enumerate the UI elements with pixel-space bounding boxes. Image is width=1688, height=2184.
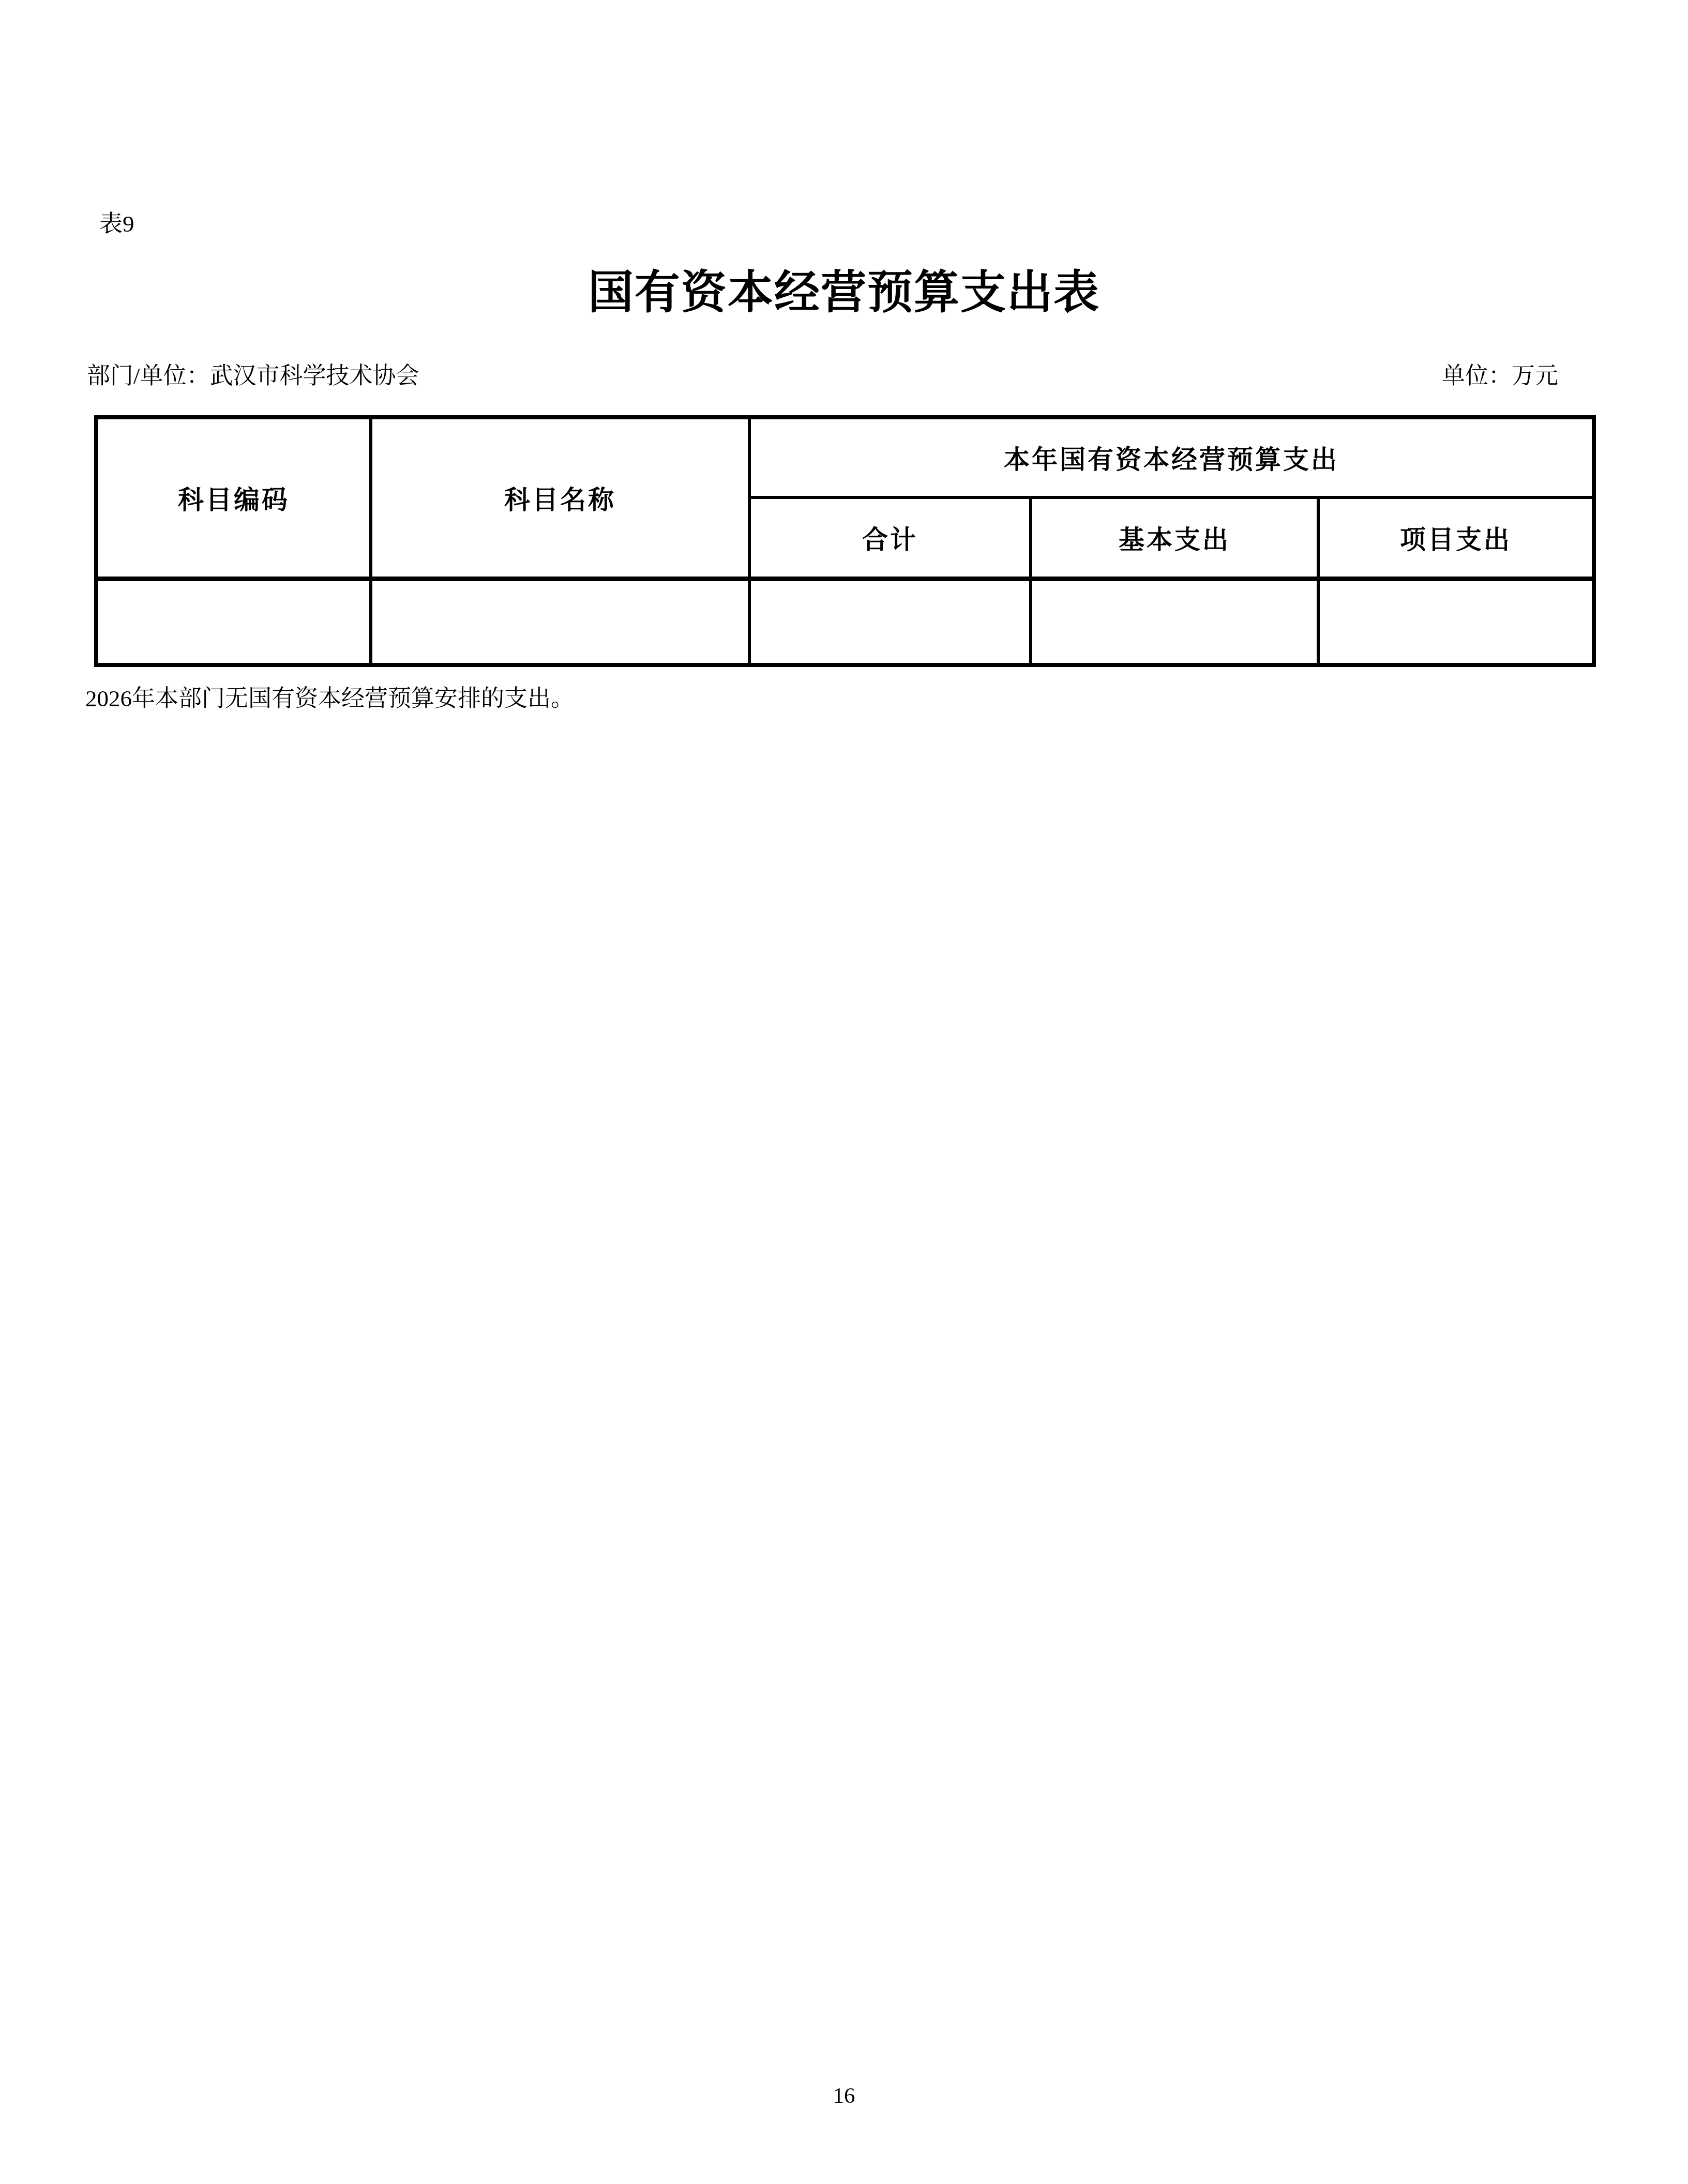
cell-project-expenditure	[1318, 579, 1594, 665]
budget-expenditure-table: 科目编码 科目名称 本年国有资本经营预算支出 合计 基本支出 项目支出	[94, 415, 1596, 667]
header-subject-name: 科目名称	[371, 417, 749, 579]
meta-row: 部门/单位：武汉市科学技术协会 单位：万元	[87, 361, 1592, 391]
currency-unit-label: 单位：万元	[1442, 361, 1592, 391]
header-current-year-group: 本年国有资本经营预算支出	[749, 417, 1594, 497]
header-subject-code: 科目编码	[96, 417, 371, 579]
table-row	[96, 579, 1594, 665]
header-total: 合计	[749, 497, 1031, 579]
document-page: 表9 国有资本经营预算支出表 部门/单位：武汉市科学技术协会 单位：万元 科目编…	[0, 0, 1688, 2184]
page-number: 16	[0, 2083, 1688, 2110]
cell-subject-name	[371, 579, 749, 665]
header-project-expenditure: 项目支出	[1318, 497, 1594, 579]
no-expenditure-note: 2026年本部门无国有资本经营预算安排的支出。	[85, 684, 574, 714]
cell-subject-code	[96, 579, 371, 665]
cell-total	[749, 579, 1031, 665]
department-unit-label: 部门/单位：武汉市科学技术协会	[87, 361, 419, 391]
cell-basic-expenditure	[1031, 579, 1318, 665]
table-number-label: 表9	[99, 211, 134, 238]
header-basic-expenditure: 基本支出	[1031, 497, 1318, 579]
table-header-row-group: 科目编码 科目名称 本年国有资本经营预算支出	[96, 417, 1594, 497]
page-title: 国有资本经营预算支出表	[0, 267, 1688, 319]
